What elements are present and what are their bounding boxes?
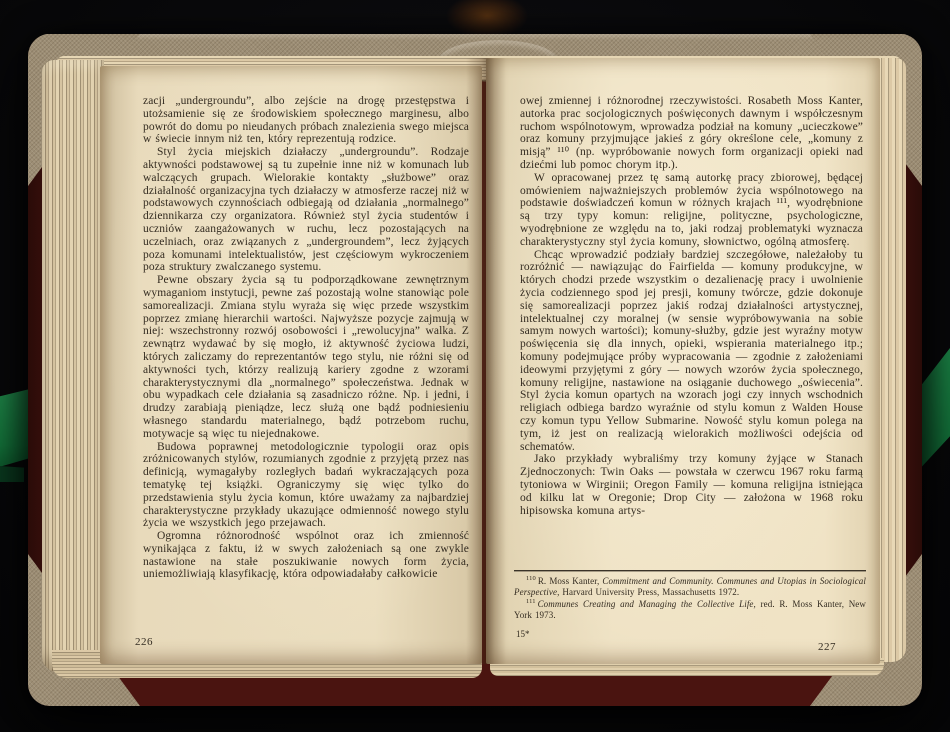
page-number-right: 227 [818, 641, 836, 653]
paragraph: Styl życia miejskich działaczy „undergro… [143, 146, 469, 274]
footnotes: 110R. Moss Kanter, Commitment and Commun… [514, 576, 866, 622]
paragraph: Jako przykłady wybraliśmy trzy komuny ży… [520, 453, 863, 517]
paragraph: zacji „undergroundu”, albo zejście na dr… [143, 95, 469, 146]
footnote-marker: 110 [526, 575, 536, 582]
background-green-stripe-left-shadow [0, 466, 24, 482]
left-page-text: zacji „undergroundu”, albo zejście na dr… [143, 95, 469, 581]
footnote-marker: 111 [526, 598, 536, 605]
paragraph: owej zmiennej i różnorodnej rzeczywistoś… [520, 95, 863, 172]
footnote: 110R. Moss Kanter, Commitment and Commun… [514, 576, 866, 599]
right-page-text: owej zmiennej i różnorodnej rzeczywistoś… [520, 95, 863, 517]
paragraph: Chcąc wprowadzić podziały bardziej szcze… [520, 249, 863, 454]
book-gutter-shadow [466, 58, 506, 664]
paragraph: Budowa poprawnej metodologicznie typolog… [143, 441, 469, 531]
footnote-text: R. Moss Kanter, [538, 576, 603, 586]
page-number-left: 226 [135, 636, 153, 648]
page-stack-left-edge [42, 60, 104, 672]
page-stack-right-edge [878, 58, 906, 662]
footnote-title: Communes Creating and Managing the Colle… [538, 599, 756, 609]
footnote-text: Harvard University Press, Massachusetts … [559, 587, 739, 597]
paragraph: Pewne obszary życia są tu podporządkowan… [143, 274, 469, 440]
footnote: 111Communes Creating and Managing the Co… [514, 599, 866, 622]
paragraph: Ogromna różnorodność wspólnot oraz ich z… [143, 530, 469, 581]
signature-mark: 15* [516, 629, 530, 639]
footnote-separator-rule [514, 570, 866, 571]
paragraph: W opracowanej przez tę samą autorkę prac… [520, 172, 863, 249]
